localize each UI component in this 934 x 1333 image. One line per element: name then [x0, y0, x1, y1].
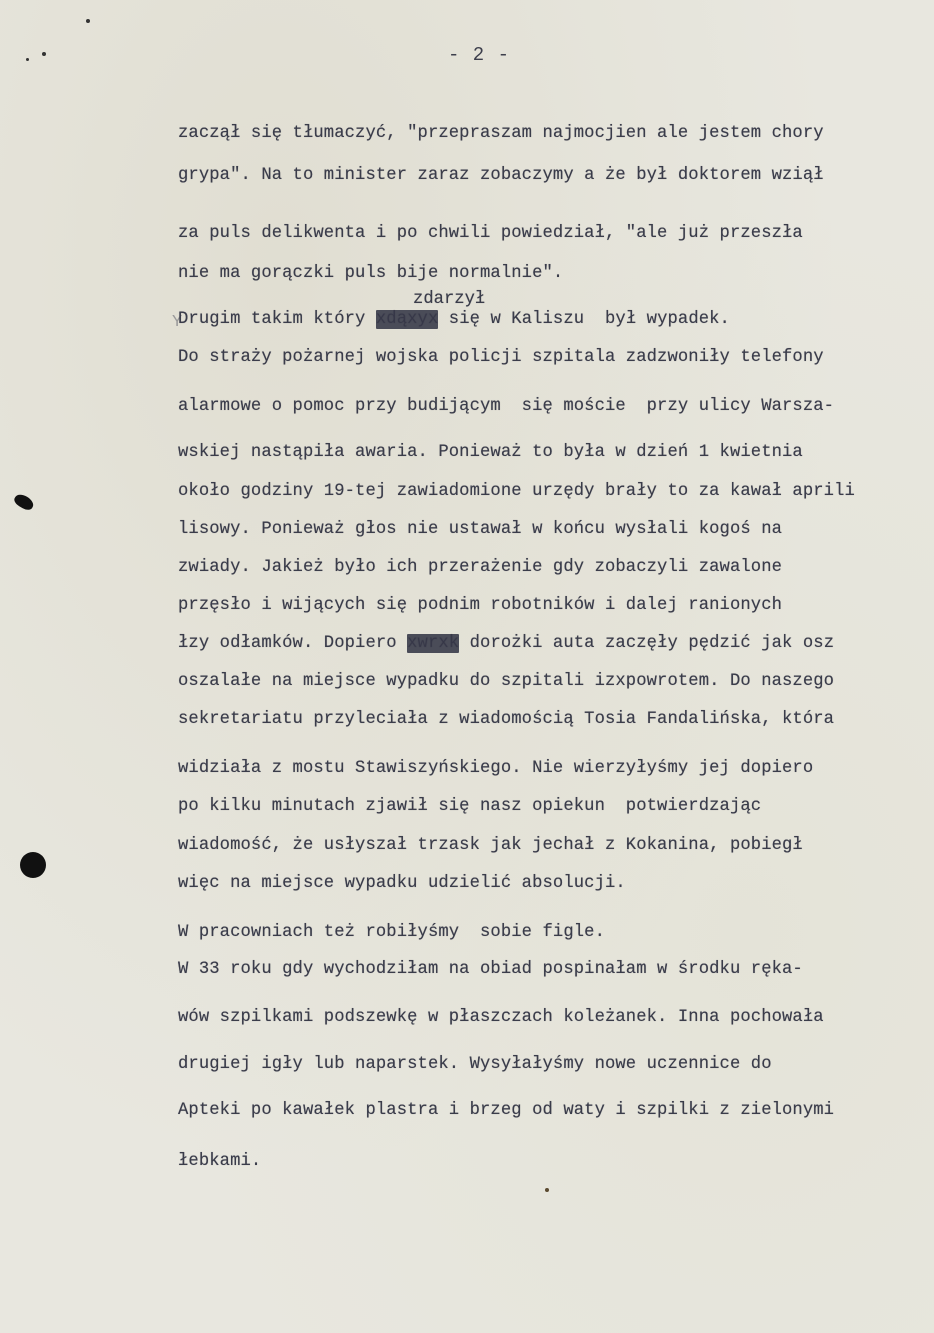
- line-text: widziała z mostu Stawiszyńskiego. Nie wi…: [178, 759, 813, 778]
- text-line: widziała z mostu Stawiszyńskiego. Nie wi…: [178, 759, 813, 778]
- line-text: grypa". Na to minister zaraz zobaczymy a…: [178, 166, 824, 185]
- line-text: wów szpilkami podszewkę w płaszczach kol…: [178, 1008, 824, 1027]
- text-line: lisowy. Ponieważ głos nie ustawał w końc…: [178, 520, 782, 539]
- ink-speck: [42, 52, 46, 56]
- line-text: wskiej nastąpiła awaria. Ponieważ to był…: [178, 443, 803, 462]
- text-line: wów szpilkami podszewkę w płaszczach kol…: [178, 1008, 824, 1027]
- ink-speck: [26, 58, 29, 61]
- punch-hole: [20, 852, 46, 878]
- line-text: nie ma gorączki puls bije normalnie".: [178, 264, 563, 283]
- line-text: Drugim takim który: [178, 310, 376, 329]
- text-line: W 33 roku gdy wychodziłam na obiad pospi…: [178, 960, 803, 979]
- text-line: drugiej igły lub naparstek. Wysyłałyśmy …: [178, 1055, 772, 1074]
- binding-hole-mark: [12, 492, 35, 512]
- line-text: łzy odłamków. Dopiero: [178, 634, 407, 653]
- text-line: W pracowniach też robiłyśmy sobie figle.: [178, 923, 605, 942]
- line-text: Apteki po kawałek plastra i brzeg od wat…: [178, 1101, 834, 1120]
- line-text: łebkami.: [178, 1152, 261, 1171]
- line-text: W 33 roku gdy wychodziłam na obiad pospi…: [178, 960, 803, 979]
- struck-out-word: xdąxyx: [376, 310, 439, 329]
- text-line: więc na miejsce wypadku udzielić absoluc…: [178, 874, 626, 893]
- text-line: alarmowe o pomoc przy budijącym się mośc…: [178, 397, 834, 416]
- text-line: grypa". Na to minister zaraz zobaczymy a…: [178, 166, 824, 185]
- line-text: wiadomość, że usłyszał trzask jak jechał…: [178, 836, 803, 855]
- line-text: więc na miejsce wypadku udzielić absoluc…: [178, 874, 626, 893]
- line-text: dorożki auta zaczęły pędzić jak osz: [459, 634, 834, 653]
- text-line: Drugim takim który xdąxyx się w Kaliszu …: [178, 310, 730, 329]
- text-line: wskiej nastąpiła awaria. Ponieważ to był…: [178, 443, 803, 462]
- text-line: zwiady. Jakież było ich przerażenie gdy …: [178, 558, 782, 577]
- line-text: W pracowniach też robiłyśmy sobie figle.: [178, 923, 605, 942]
- struck-out-word: xwrxk: [407, 634, 459, 653]
- line-text: się w Kaliszu był wypadek.: [438, 310, 730, 329]
- ink-speck: [86, 19, 90, 23]
- line-text: lisowy. Ponieważ głos nie ustawał w końc…: [178, 520, 782, 539]
- line-text: alarmowe o pomoc przy budijącym się mośc…: [178, 397, 834, 416]
- text-line: po kilku minutach zjawił się nasz opieku…: [178, 797, 761, 816]
- line-text: drugiej igły lub naparstek. Wysyłałyśmy …: [178, 1055, 772, 1074]
- text-line: za puls delikwenta i po chwili powiedzia…: [178, 224, 803, 243]
- page-number: - 2 -: [448, 44, 510, 66]
- text-line: Apteki po kawałek plastra i brzeg od wat…: [178, 1101, 834, 1120]
- text-line: łebkami.: [178, 1152, 261, 1171]
- text-line: sekretariatu przyleciała z wiadomością T…: [178, 710, 834, 729]
- text-line: łzy odłamków. Dopiero xwrxk dorożki auta…: [178, 634, 834, 653]
- text-line: przęsło i wijących się podnim robotników…: [178, 596, 782, 615]
- line-text: zaczął się tłumaczyć, "przepraszam najmo…: [178, 124, 824, 143]
- typed-correction: zdarzył: [413, 290, 485, 309]
- text-line: około godziny 19-tej zawiadomione urzędy…: [178, 482, 855, 501]
- line-text: przęsło i wijących się podnim robotników…: [178, 596, 782, 615]
- typewritten-page: - 2 - zdarzył Y zaczął się tłumaczyć, "p…: [0, 0, 934, 1333]
- line-text: po kilku minutach zjawił się nasz opieku…: [178, 797, 761, 816]
- text-line: zaczął się tłumaczyć, "przepraszam najmo…: [178, 124, 824, 143]
- line-text: za puls delikwenta i po chwili powiedzia…: [178, 224, 803, 243]
- text-line: oszalałe na miejsce wypadku do szpitali …: [178, 672, 834, 691]
- ink-speck: [545, 1188, 549, 1192]
- text-line: wiadomość, że usłyszał trzask jak jechał…: [178, 836, 803, 855]
- line-text: sekretariatu przyleciała z wiadomością T…: [178, 710, 834, 729]
- text-line: nie ma gorączki puls bije normalnie".: [178, 264, 563, 283]
- line-text: oszalałe na miejsce wypadku do szpitali …: [178, 672, 834, 691]
- line-text: zwiady. Jakież było ich przerażenie gdy …: [178, 558, 782, 577]
- line-text: Do straży pożarnej wojska policji szpita…: [178, 348, 824, 367]
- line-text: około godziny 19-tej zawiadomione urzędy…: [178, 482, 855, 501]
- text-line: Do straży pożarnej wojska policji szpita…: [178, 348, 824, 367]
